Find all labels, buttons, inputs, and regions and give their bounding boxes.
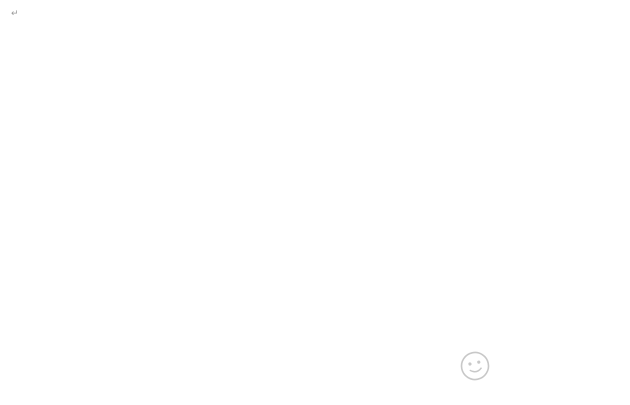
watermark — [458, 349, 495, 383]
kindergarten-logo-icon — [455, 346, 495, 386]
page-title — [9, 6, 19, 21]
document-page — [0, 0, 630, 405]
